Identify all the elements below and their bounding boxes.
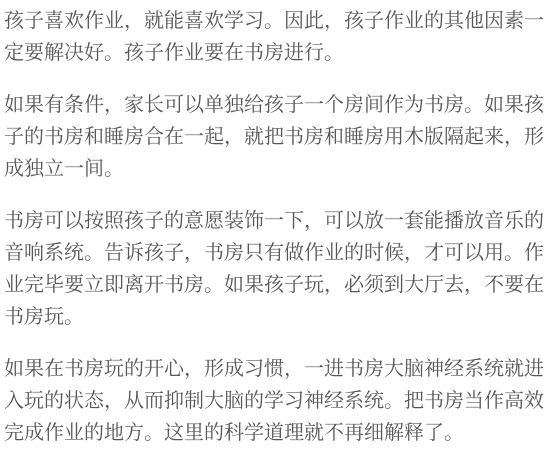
article-body: 孩子喜欢作业，就能喜欢学习。因此，孩子作业的其他因素一定要解决好。孩子作业要在书… [0, 0, 549, 449]
paragraph: 如果有条件，家长可以单独给孩子一个房间作为书房。如果孩子的书房和睡房合在一起，就… [4, 89, 545, 185]
paragraph: 如果在书房玩的开心，形成习惯，一进书房大脑神经系统就进入玩的状态，从而抑制大脑的… [4, 353, 545, 449]
paragraph: 书房可以按照孩子的意愿装饰一下，可以放一套能播放音乐的音响系统。告诉孩子，书房只… [4, 205, 545, 333]
paragraph: 孩子喜欢作业，就能喜欢学习。因此，孩子作业的其他因素一定要解决好。孩子作业要在书… [4, 5, 545, 69]
